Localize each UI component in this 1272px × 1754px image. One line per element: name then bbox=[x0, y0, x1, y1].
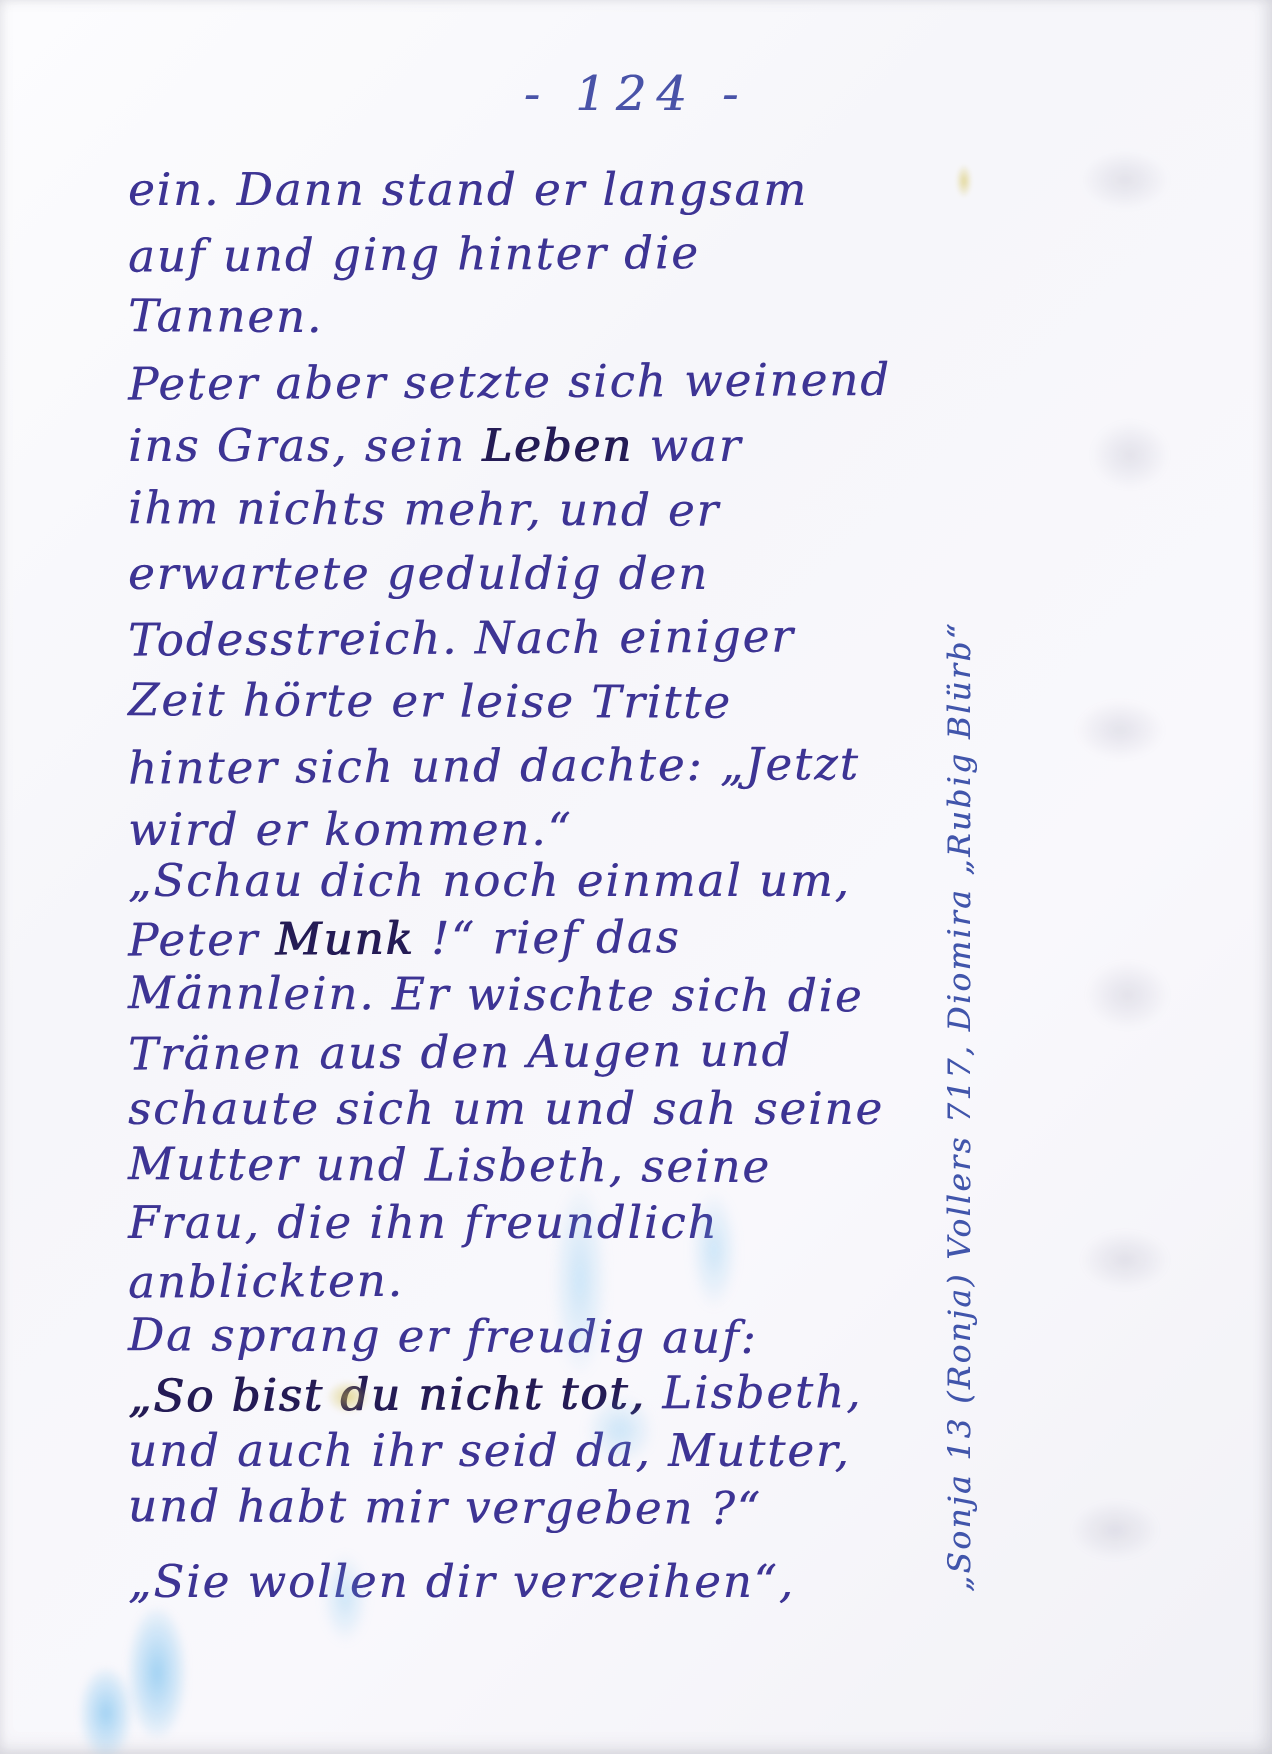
ink-smudge bbox=[128, 1608, 186, 1738]
handwritten-line: hinter sich und dachte: „Jetzt bbox=[128, 731, 968, 800]
handwritten-line: Tränen aus den Augen und bbox=[128, 1020, 968, 1082]
bleed-through-mark bbox=[1085, 960, 1170, 1030]
paragraph-1: ein. Dann stand er langsamauf und ging h… bbox=[128, 158, 968, 862]
handwritten-line: und habt mir vergeben ?“ bbox=[128, 1477, 968, 1538]
handwritten-line: Da sprang er freudig auf: bbox=[128, 1306, 968, 1367]
handwritten-line: Tannen. bbox=[128, 284, 968, 352]
handwritten-line: ein. Dann stand er langsam bbox=[128, 158, 968, 222]
handwritten-line: Peter Munk !“ rief das bbox=[128, 906, 968, 968]
bleed-through-mark bbox=[1080, 1230, 1170, 1290]
handwritten-line: auf und ging hinter die bbox=[128, 219, 968, 288]
paragraph-3: „Sie wollen dir verzeihen“, bbox=[128, 1552, 968, 1612]
bleed-through-mark bbox=[1075, 700, 1165, 760]
handwritten-line: ihm nichts mehr, und er bbox=[128, 476, 968, 544]
ink-smudge bbox=[80, 1668, 132, 1754]
bleed-through-mark bbox=[1070, 1500, 1160, 1560]
margin-note: „Sonja 13 (Ronja) Vollers 717, Diomira „… bbox=[942, 162, 978, 1592]
handwritten-line: Peter aber setzte sich weinend bbox=[128, 347, 968, 416]
handwritten-line: ins Gras, sein Leben war bbox=[128, 414, 968, 478]
handwritten-line: erwartete geduldig den bbox=[128, 542, 968, 606]
handwritten-line: anblickten. bbox=[128, 1248, 968, 1310]
handwritten-line: Männlein. Er wischte sich die bbox=[128, 964, 968, 1025]
paragraph-2: „Schau dich noch einmal um,Peter Munk !“… bbox=[128, 852, 968, 1536]
handwritten-line: und auch ihr seid da, Mutter, bbox=[128, 1422, 968, 1479]
handwritten-line: „Sie wollen dir verzeihen“, bbox=[128, 1552, 968, 1612]
bleed-through-mark bbox=[1080, 150, 1170, 210]
handwritten-line: Frau, die ihn freundlich bbox=[128, 1194, 968, 1251]
manuscript-page: - 124 - ein. Dann stand er langsamauf un… bbox=[0, 0, 1272, 1754]
handwritten-line: „So bist du nicht tot, Lisbeth, bbox=[128, 1362, 968, 1424]
handwritten-line: schaute sich um und sah seine bbox=[128, 1080, 968, 1137]
handwritten-line: „Schau dich noch einmal um, bbox=[128, 852, 968, 909]
handwritten-line: Zeit hörte er leise Tritte bbox=[128, 668, 968, 736]
handwritten-line: Todesstreich. Nach einiger bbox=[128, 603, 968, 672]
handwritten-line: Mutter und Lisbeth, seine bbox=[128, 1135, 968, 1196]
bleed-through-mark bbox=[1090, 420, 1170, 490]
page-number: - 124 - bbox=[0, 66, 1272, 122]
